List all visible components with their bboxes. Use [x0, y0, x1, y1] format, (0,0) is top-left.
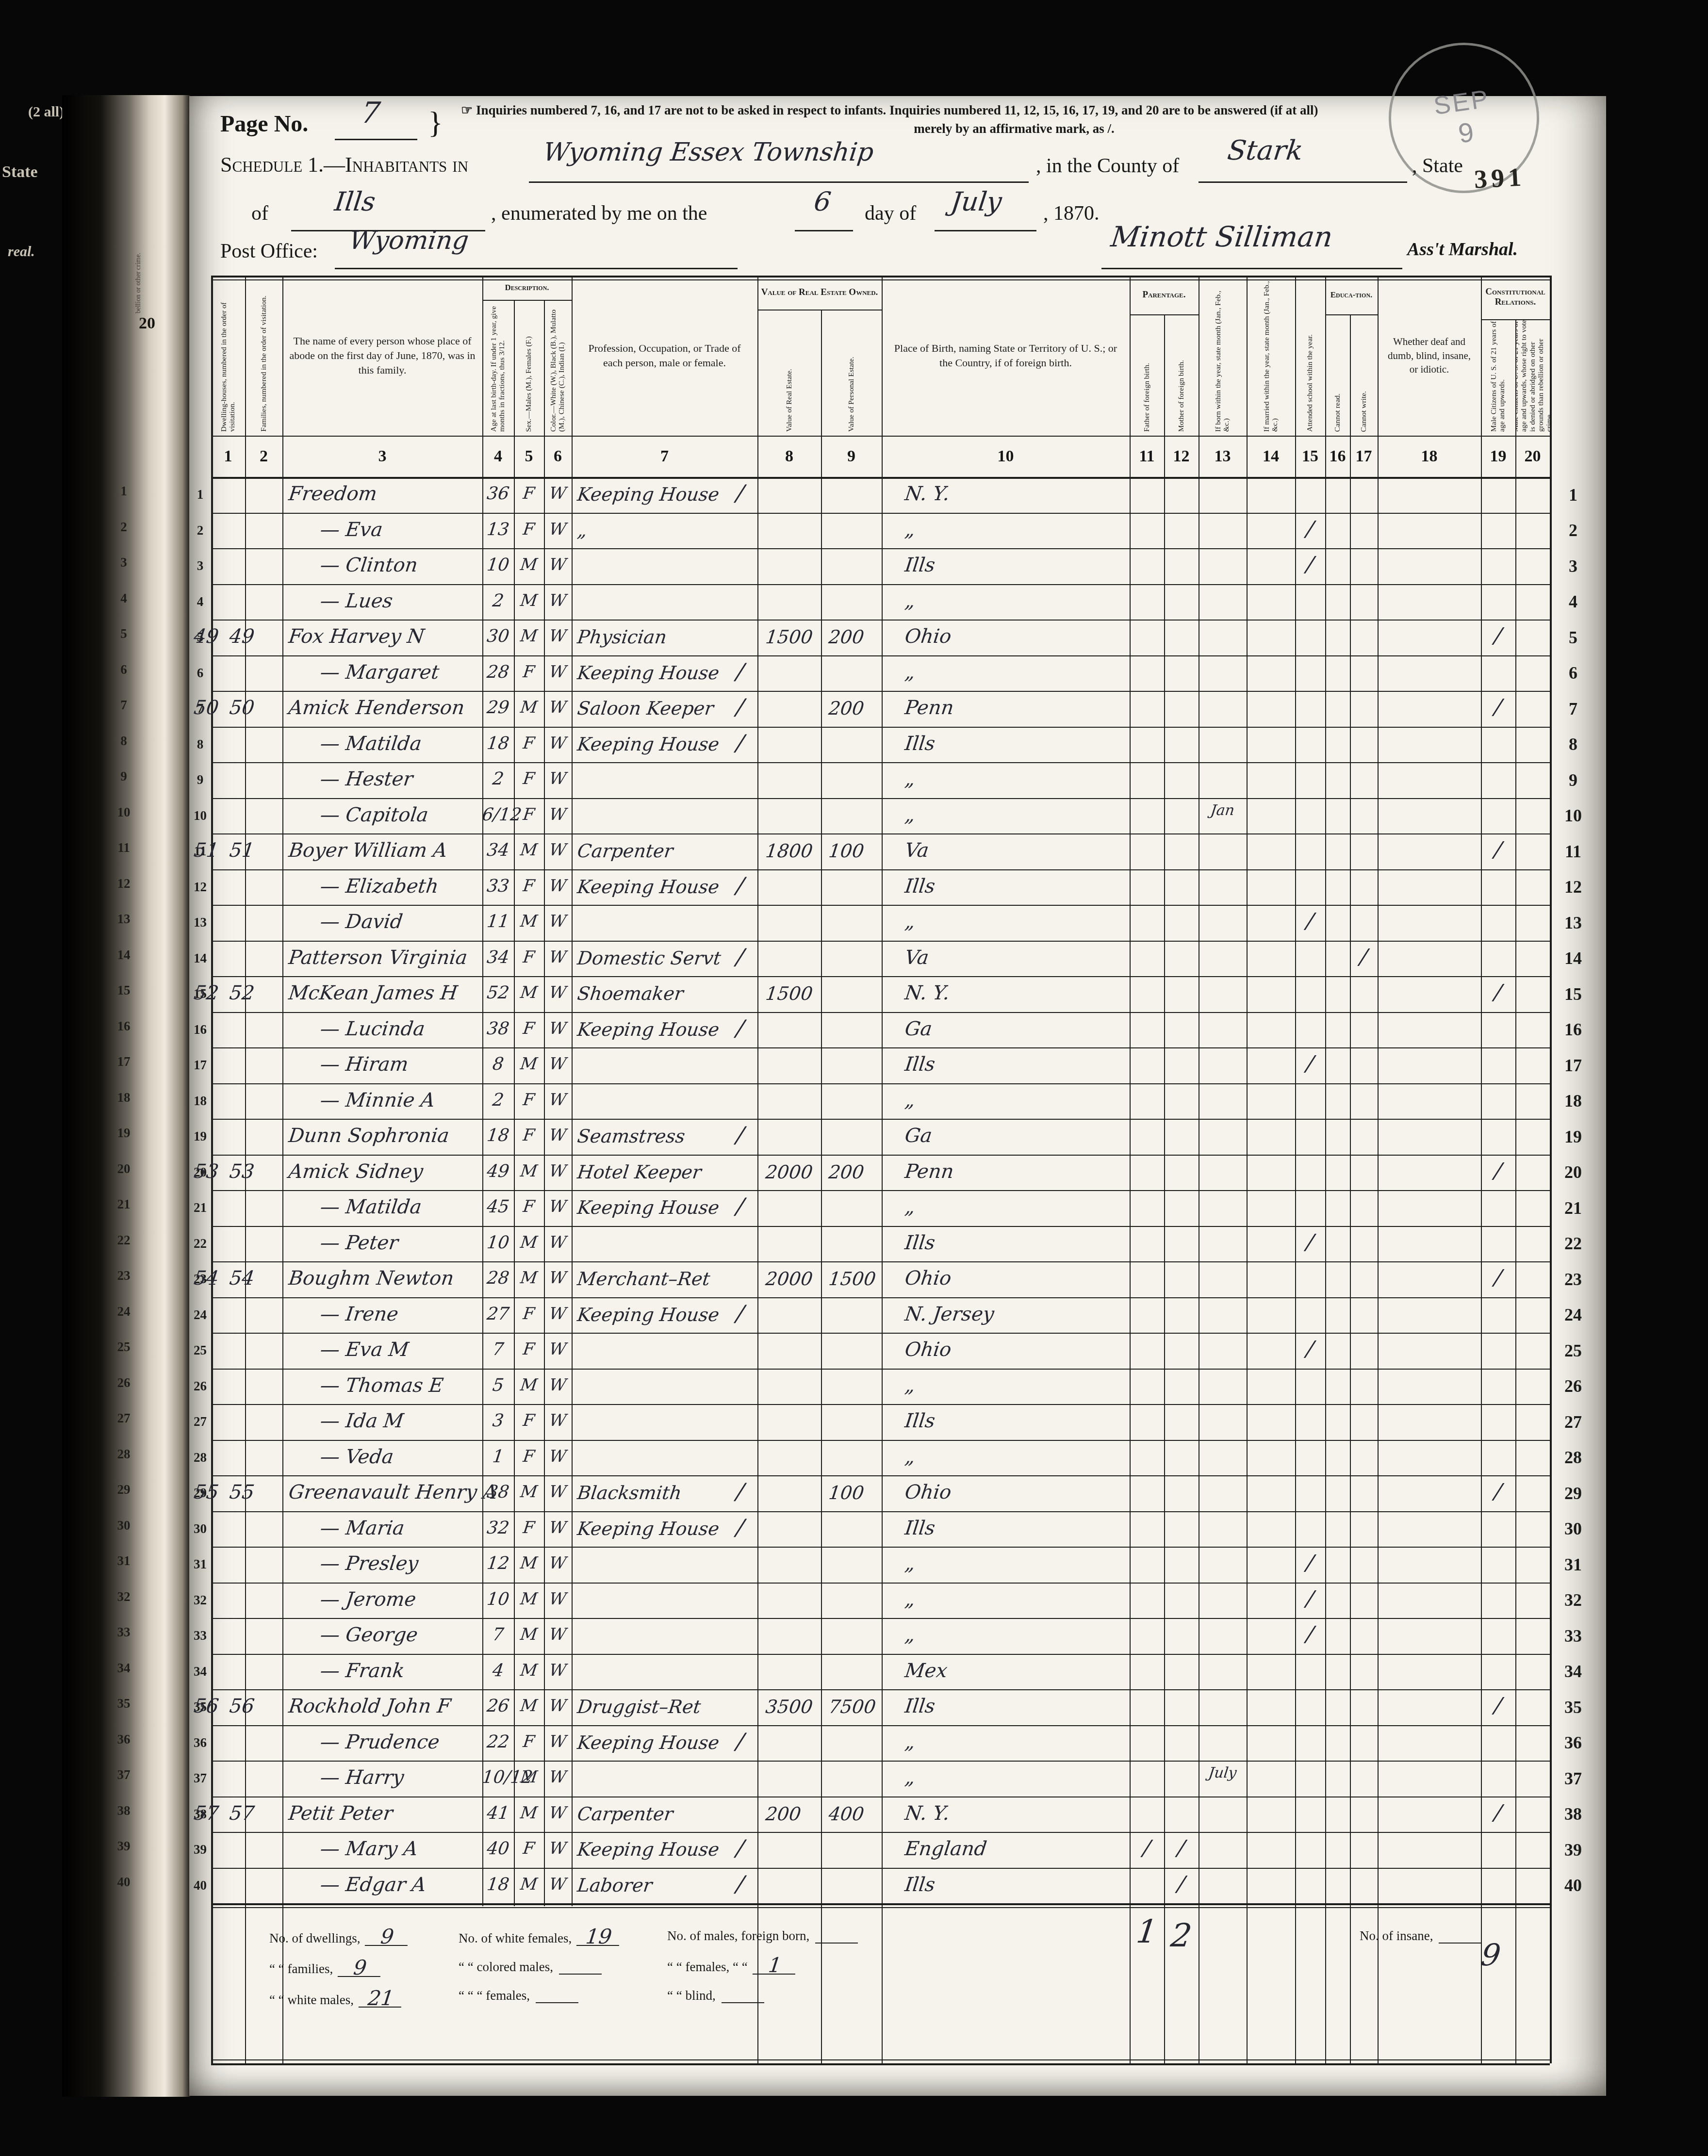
cell-age: 33 [481, 876, 515, 896]
footer-stat: No. of males, foreign born, [667, 1928, 895, 1944]
cell-personal-estate: 100 [827, 1482, 865, 1503]
footer-stat-value: 9 [365, 1928, 410, 1946]
cell-family: 50 [222, 697, 262, 719]
cell-birthplace: Ohio [903, 625, 953, 648]
footer-stat: “ “ blind, [667, 1988, 895, 2003]
cell-age: 3 [481, 1411, 515, 1431]
column-number-7: 7 [572, 436, 757, 477]
cell-occupation: Shoemaker [576, 983, 685, 1004]
cell-age: 26 [481, 1696, 515, 1716]
cell-name: Amick Henderson [287, 697, 466, 719]
cell-color: W [543, 1732, 573, 1751]
cell-occupation: Hotel Keeper [576, 1161, 703, 1183]
cell-sex: F [513, 484, 545, 503]
schedule-prefix: Schedule 1.—Inhabitants in [220, 152, 468, 177]
cell-age: 10 [481, 1233, 515, 1253]
prev-line-number: 38 [107, 1803, 141, 1818]
cell-color: W [543, 591, 573, 610]
column-number-8: 8 [757, 436, 821, 477]
cell-birthplace: Mex [903, 1660, 949, 1682]
prev-line-number: 14 [107, 947, 141, 963]
cell-color: W [543, 1161, 573, 1181]
cell-dwelling: 54 [188, 1267, 225, 1290]
column-header-text: Age at last birth-day. If under 1 year, … [490, 300, 507, 432]
prev-line-number: 10 [107, 805, 141, 820]
cell-birthplace: Ills [903, 1695, 936, 1717]
table-row: 5555Greenavault Henry A38MWBlacksmith/10… [189, 1475, 1596, 1511]
cell-occupation-mark: / [735, 1871, 746, 1897]
cell-birthplace: „ [903, 661, 916, 684]
cell-age: 7 [481, 1339, 515, 1359]
prev-line-number: 34 [107, 1661, 141, 1676]
form-note-line2: merely by an affirmative mark, as /. [461, 121, 1567, 136]
table-row: — Matilda18FWKeeping House/Ills [189, 727, 1596, 763]
column-header-14: If married within the year, state month … [1247, 276, 1295, 432]
cell-name: — Harry [319, 1766, 405, 1789]
column-number-4: 4 [482, 436, 514, 477]
table-row: 5757Petit Peter41MWCarpenter200400N. Y./ [189, 1797, 1596, 1832]
prev-line-number: 3 [107, 555, 141, 570]
cell-occupation: Keeping House [576, 1197, 721, 1218]
cell-color: W [543, 1625, 573, 1644]
cell-birthplace: Va [903, 947, 930, 969]
table-row: — David11MW„/ [189, 905, 1596, 941]
column-header-12: Mother of foreign birth. [1164, 314, 1199, 432]
footer-stat-value: 1 [752, 1957, 797, 1975]
form-note-line1: ☞ Inquiries numbered 7, 16, and 17 are n… [461, 103, 1567, 118]
cell-family: 49 [222, 625, 262, 648]
column-header-text: If married within the year, state month … [1263, 276, 1280, 432]
prev-line-number: 24 [107, 1304, 141, 1319]
cell-sex: F [513, 1090, 545, 1110]
cell-name: — Eva M [319, 1339, 410, 1361]
cell-sex: M [513, 698, 545, 717]
cell-birthplace: Penn [903, 697, 955, 719]
table-row: 5454Boughm Newton28MWMerchant–Ret2000150… [189, 1261, 1596, 1297]
cell-color: W [543, 1553, 573, 1573]
cell-color: W [543, 1304, 573, 1323]
cell-age: 45 [481, 1197, 515, 1217]
cell-birthplace: Ohio [903, 1481, 953, 1503]
cell-sex: F [513, 947, 545, 967]
column-header-text: If born within the year, state month (Ja… [1214, 276, 1231, 432]
census-page: SEP 9 391 Page No. 7 } ☞ Inquiries numbe… [189, 96, 1606, 2096]
cell-mark-12: / [1163, 1836, 1200, 1861]
column-header-text: Mother of foreign birth. [1177, 360, 1185, 432]
prev-line-number: 16 [107, 1019, 141, 1034]
previous-page-column-number: 20 [139, 314, 155, 333]
cell-name: — Hester [319, 768, 414, 790]
column-header-9: Value of Personal Estate. [821, 310, 882, 432]
prev-line-number: 22 [107, 1233, 141, 1248]
prev-line-number: 12 [107, 876, 141, 891]
cell-occupation-mark: / [735, 480, 746, 506]
prev-line-number: 21 [107, 1197, 141, 1212]
cell-sex: M [513, 626, 545, 646]
cell-mark-19: / [1479, 1159, 1517, 1183]
table-row: — Eva13FW„„/ [189, 513, 1596, 549]
table-row: — Lues2MW„ [189, 584, 1596, 620]
column-header-2: Families, numbered in the order of visit… [245, 276, 282, 432]
cell-name: — Prudence [319, 1731, 441, 1753]
cell-occupation: Keeping House [576, 1019, 721, 1040]
cell-sex: F [513, 876, 545, 896]
table-row: 5656Rockhold John F26MWDruggist–Ret35007… [189, 1689, 1596, 1725]
cell-color: W [543, 1268, 573, 1288]
cell-birthplace: N. Y. [903, 483, 951, 505]
cell-color: W [543, 1090, 573, 1110]
footer-stat-value [815, 1943, 858, 1944]
table-bottom-rule [211, 2063, 1550, 2065]
prev-line-number: 37 [107, 1767, 141, 1782]
cell-family: 57 [222, 1802, 262, 1825]
cell-age: 18 [481, 1126, 515, 1145]
cell-age: 7 [481, 1625, 515, 1645]
column-number-10: 10 [882, 436, 1130, 477]
cell-color: W [543, 1589, 573, 1609]
table-row: — Veda1FW„ [189, 1440, 1596, 1476]
cell-color: W [543, 1875, 573, 1894]
cell-color: W [543, 912, 573, 931]
cell-family: 55 [222, 1481, 262, 1503]
cell-name: Boyer William A [287, 839, 448, 862]
cell-sex: F [513, 734, 545, 753]
footer-stat-value: 21 [359, 1990, 403, 2008]
prev-line-number: 25 [107, 1339, 141, 1355]
cell-mark-19: / [1479, 1479, 1517, 1504]
cell-mark-15: / [1294, 517, 1327, 541]
cell-age: 10/12 [481, 1767, 515, 1787]
cell-mark-13: Jan [1198, 802, 1248, 819]
cell-occupation: Laborer [576, 1875, 653, 1896]
cell-occupation-mark: / [735, 1122, 746, 1148]
cell-birthplace: Penn [903, 1160, 955, 1183]
footer-col19-total: 9 [1464, 1937, 1518, 1973]
footer-stat-value [536, 2002, 578, 2003]
column-header-16: Cannot read. [1325, 314, 1350, 432]
table-row: — George7MW„/ [189, 1618, 1596, 1654]
cell-occupation: Keeping House [576, 1732, 721, 1753]
cell-occupation: Keeping House [576, 734, 721, 755]
cell-mark-19: / [1479, 695, 1517, 719]
group-education: Educa-tion. [1325, 276, 1378, 314]
cell-personal-estate: 200 [827, 1161, 865, 1183]
cell-age: 6/12 [481, 805, 515, 825]
grid-hline [211, 2059, 1550, 2060]
table-row: — Minnie A2FW„ [189, 1083, 1596, 1119]
prev-line-number: 40 [107, 1875, 141, 1890]
cell-name: Freedom [287, 483, 378, 505]
prev-line-number: 7 [107, 698, 141, 713]
footer-stat-label: “ “ colored males, [459, 1960, 553, 1975]
cell-birthplace: Ills [903, 1410, 936, 1432]
cell-real-estate: 2000 [764, 1161, 814, 1183]
footer-stat-label: No. of white females, [459, 1931, 572, 1946]
cell-name: — Presley [319, 1552, 420, 1575]
table-row: — Hester2FW„ [189, 762, 1596, 798]
cell-mark-12: / [1163, 1872, 1200, 1896]
column-header-11: Father of foreign birth. [1130, 314, 1164, 432]
prev-line-number: 1 [107, 484, 141, 499]
cell-birthplace: „ [903, 911, 916, 933]
cell-name: — Jerome [319, 1588, 417, 1611]
cell-color: W [543, 1411, 573, 1430]
cell-occupation: Domestic Servt [576, 947, 722, 969]
cell-color: W [543, 520, 573, 539]
month-value: July [949, 186, 1003, 217]
cell-color: W [543, 1447, 573, 1466]
cell-occupation: Keeping House [576, 876, 721, 898]
cell-occupation: Seamstress [576, 1126, 686, 1147]
column-number-20: 20 [1515, 436, 1550, 477]
footer-stat-label: No. of insane, [1360, 1928, 1433, 1944]
cell-dwelling: 49 [188, 625, 225, 648]
cell-age: 34 [481, 947, 515, 967]
table-row: — Lucinda38FWKeeping House/Ga [189, 1012, 1596, 1048]
prev-line-number: 28 [107, 1447, 141, 1462]
table-row: — Matilda45FWKeeping House/„ [189, 1190, 1596, 1226]
cell-sex: F [513, 1339, 545, 1359]
column-header-text: Sex.—Males (M.), Females (F.) [525, 336, 533, 432]
prev-line-number: 11 [107, 840, 141, 855]
cell-color: W [543, 1518, 573, 1537]
cell-color: W [543, 1803, 573, 1823]
cell-name: McKean James H [287, 982, 459, 1004]
prev-line-number: 19 [107, 1126, 141, 1141]
column-number-17: 17 [1350, 436, 1378, 477]
prev-line-number: 15 [107, 983, 141, 998]
cell-personal-estate: 1500 [827, 1268, 877, 1290]
cell-name: — Capitola [319, 804, 429, 826]
cell-mark-19: / [1479, 1800, 1517, 1825]
cell-age: 18 [481, 1875, 515, 1895]
cell-birthplace: „ [903, 1374, 916, 1397]
cell-dwelling: 51 [188, 839, 225, 862]
cell-birthplace: „ [903, 1196, 916, 1218]
table-row: — Irene27FWKeeping House/N. Jersey [189, 1297, 1596, 1333]
footer-stat-label: No. of dwellings, [269, 1931, 360, 1946]
cell-color: W [543, 947, 573, 967]
cell-occupation-mark: / [735, 944, 746, 970]
cell-sex: M [513, 1054, 545, 1074]
footer-stat: No. of dwellings,9 [269, 1928, 449, 1946]
prev-line-number: 29 [107, 1482, 141, 1497]
table-row: — Eva M7FWOhio/ [189, 1333, 1596, 1369]
cell-color: W [543, 1019, 573, 1038]
cell-occupation: Keeping House [576, 1518, 721, 1539]
cell-mark-19: / [1479, 1265, 1517, 1290]
cell-family: 51 [222, 839, 262, 862]
footer-stat-label: “ “ white males, [269, 1993, 354, 2008]
cell-mark-15: / [1294, 1622, 1327, 1647]
cell-real-estate: 1500 [764, 983, 814, 1004]
column-number-11: 11 [1130, 436, 1164, 477]
cell-age: 18 [481, 734, 515, 753]
cell-name: — Mary A [319, 1838, 419, 1860]
cell-occupation: Saloon Keeper [576, 698, 715, 719]
cell-color: W [543, 1696, 573, 1715]
column-header-text: Cannot write. [1360, 391, 1368, 432]
column-header-text: Attended school within the year. [1306, 334, 1314, 432]
footer-stat-label: “ “ blind, [667, 1988, 716, 2003]
footer-stat-value [559, 1974, 602, 1975]
cell-sex: M [513, 1625, 545, 1644]
cell-sex: F [513, 520, 545, 539]
cell-mark-15: / [1294, 1551, 1327, 1575]
table-row: 5353Amick Sidney49MWHotel Keeper2000200P… [189, 1155, 1596, 1191]
cell-sex: F [513, 1518, 545, 1537]
cell-name: — Maria [319, 1517, 406, 1539]
table-row: — Elizabeth33FWKeeping House/Ills [189, 869, 1596, 905]
group-constitutional: Constitutional Relations. [1481, 276, 1550, 319]
table-row: — Harry10/12MW„July [189, 1761, 1596, 1797]
cell-mark-19: / [1479, 837, 1517, 862]
cell-real-estate: 1800 [764, 840, 814, 862]
cell-birthplace: „ [903, 1731, 916, 1753]
cell-color: W [543, 1339, 573, 1359]
prev-line-number: 26 [107, 1375, 141, 1390]
of-label: of [251, 202, 268, 225]
cell-birthplace: Ills [903, 1232, 936, 1254]
cell-color: W [543, 1126, 573, 1145]
cell-age: 29 [481, 698, 515, 718]
cell-age: 41 [481, 1803, 515, 1823]
census-scan: { "margin_fragments": { "f1": "(2 all)",… [0, 0, 1708, 2156]
cell-mark-19: / [1479, 623, 1517, 648]
column-header-13: If born within the year, state month (Ja… [1199, 276, 1247, 432]
cell-name: — Matilda [319, 1196, 423, 1218]
column-header-20: Male Citizens of U. S. of 21 years of ag… [1515, 319, 1550, 432]
cell-sex: M [513, 555, 545, 574]
cell-name: — Minnie A [319, 1089, 436, 1111]
cell-occupation: Physician [576, 626, 668, 648]
table-row: — Peter10MWIlls/ [189, 1226, 1596, 1262]
cell-birthplace: Ills [903, 554, 936, 576]
column-header-text: Value of Real Estate. [785, 369, 793, 432]
cell-name: — Margaret [319, 661, 441, 684]
cell-mark-15: / [1294, 552, 1327, 577]
cell-birthplace: „ [903, 1766, 916, 1789]
cell-birthplace: „ [903, 1089, 916, 1111]
cell-name: Fox Harvey N [287, 625, 426, 648]
margin-fragment: (2 all) [28, 104, 64, 120]
cell-name: — Clinton [319, 554, 419, 576]
prev-line-number: 20 [107, 1161, 141, 1176]
cell-occupation-mark: / [735, 1015, 746, 1041]
column-number-1: 1 [211, 436, 245, 477]
prev-line-number: 17 [107, 1054, 141, 1069]
cell-color: W [543, 983, 573, 1002]
state-label: , State [1412, 154, 1463, 178]
cell-mark-11: / [1128, 1836, 1166, 1861]
data-bottom-rule [211, 1903, 1550, 1905]
cell-name: — Lues [319, 590, 394, 612]
cell-occupation: Carpenter [576, 1803, 674, 1825]
cell-name: — David [319, 911, 404, 933]
cell-occupation-mark: / [735, 1835, 746, 1861]
page-no-brace: } [428, 105, 443, 141]
cell-color: W [543, 1661, 573, 1680]
cell-mark-15: / [1294, 1337, 1327, 1361]
cell-birthplace: N. Jersey [903, 1303, 995, 1325]
cell-mark-19: / [1479, 980, 1517, 1005]
prev-line-number: 4 [107, 591, 141, 606]
cell-birthplace: Va [903, 839, 930, 862]
cell-birthplace: N. Y. [903, 1802, 951, 1825]
cell-birthplace: Ills [903, 875, 936, 898]
column-number-16: 16 [1325, 436, 1350, 477]
cell-age: 22 [481, 1732, 515, 1752]
column-header-7: Profession, Occupation, or Trade of each… [578, 276, 751, 436]
table-row: — Clinton10MWIlls/ [189, 548, 1596, 584]
cell-occupation-mark: / [735, 1514, 746, 1540]
cell-sex: M [513, 1803, 545, 1823]
footer-stat: “ “ “ females, [459, 1988, 667, 2003]
column-header-18: Whether deaf and dumb, blind, insane, or… [1384, 276, 1474, 436]
cell-mark-17: / [1348, 945, 1379, 969]
cell-sex: F [513, 1732, 545, 1751]
cell-occupation: Keeping House [576, 662, 721, 684]
prev-line-number: 27 [107, 1411, 141, 1426]
table-row: 5151Boyer William A34MWCarpenter1800100V… [189, 833, 1596, 869]
prev-line-number: 32 [107, 1589, 141, 1604]
cell-color: W [543, 1233, 573, 1252]
footer-stat: “ “ white males,21 [269, 1990, 449, 2008]
prev-line-number: 5 [107, 626, 141, 641]
group-parentage: Parentage. [1130, 276, 1199, 314]
column-number-3: 3 [282, 436, 482, 477]
footer-group-females: No. of white females,19“ “ colored males… [459, 1928, 667, 2017]
cell-sex: F [513, 1411, 545, 1430]
table-row: — Capitola6/12FW„Jan [189, 798, 1596, 834]
margin-fragment: real. [8, 244, 35, 260]
prev-line-number: 31 [107, 1553, 141, 1568]
cell-age: 40 [481, 1839, 515, 1859]
cell-real-estate: 1500 [764, 626, 814, 648]
cell-birthplace: „ [903, 590, 916, 612]
cell-color: W [543, 769, 573, 788]
cell-age: 12 [481, 1553, 515, 1573]
cell-age: 2 [481, 769, 515, 789]
column-number-5: 5 [514, 436, 544, 477]
column-header-8: Value of Real Estate. [757, 310, 821, 432]
cell-name: Boughm Newton [287, 1267, 455, 1290]
grid-hline [211, 1907, 1550, 1908]
cell-age: 10 [481, 555, 515, 575]
cell-sex: M [513, 1553, 545, 1573]
cell-name: — Irene [319, 1303, 399, 1325]
cell-name: — Thomas E [319, 1374, 444, 1397]
cell-family: 54 [222, 1267, 262, 1290]
cell-name: — Hiram [319, 1053, 410, 1076]
cell-sex: M [513, 983, 545, 1002]
margin-fragment: State [2, 163, 38, 181]
cell-family: 52 [222, 982, 262, 1004]
table-row: — Maria32FWKeeping House/Ills [189, 1511, 1596, 1547]
cell-age: 2 [481, 591, 515, 611]
table-row: — Jerome10MW„/ [189, 1583, 1596, 1618]
cell-name: — Veda [319, 1446, 395, 1468]
column-header-6: Color.—White (W.), Black (B.), Mulatto (… [544, 300, 572, 432]
cell-color: W [543, 840, 573, 860]
cell-dwelling: 57 [188, 1802, 225, 1825]
cell-age: 28 [481, 1268, 515, 1288]
cell-birthplace: Ills [903, 1517, 936, 1539]
post-office-value: Wyoming [347, 226, 470, 255]
footer-group-foreign: No. of males, foreign born,“ “ females, … [667, 1928, 895, 2017]
cell-sex: M [513, 1696, 545, 1715]
cell-sex: F [513, 769, 545, 788]
